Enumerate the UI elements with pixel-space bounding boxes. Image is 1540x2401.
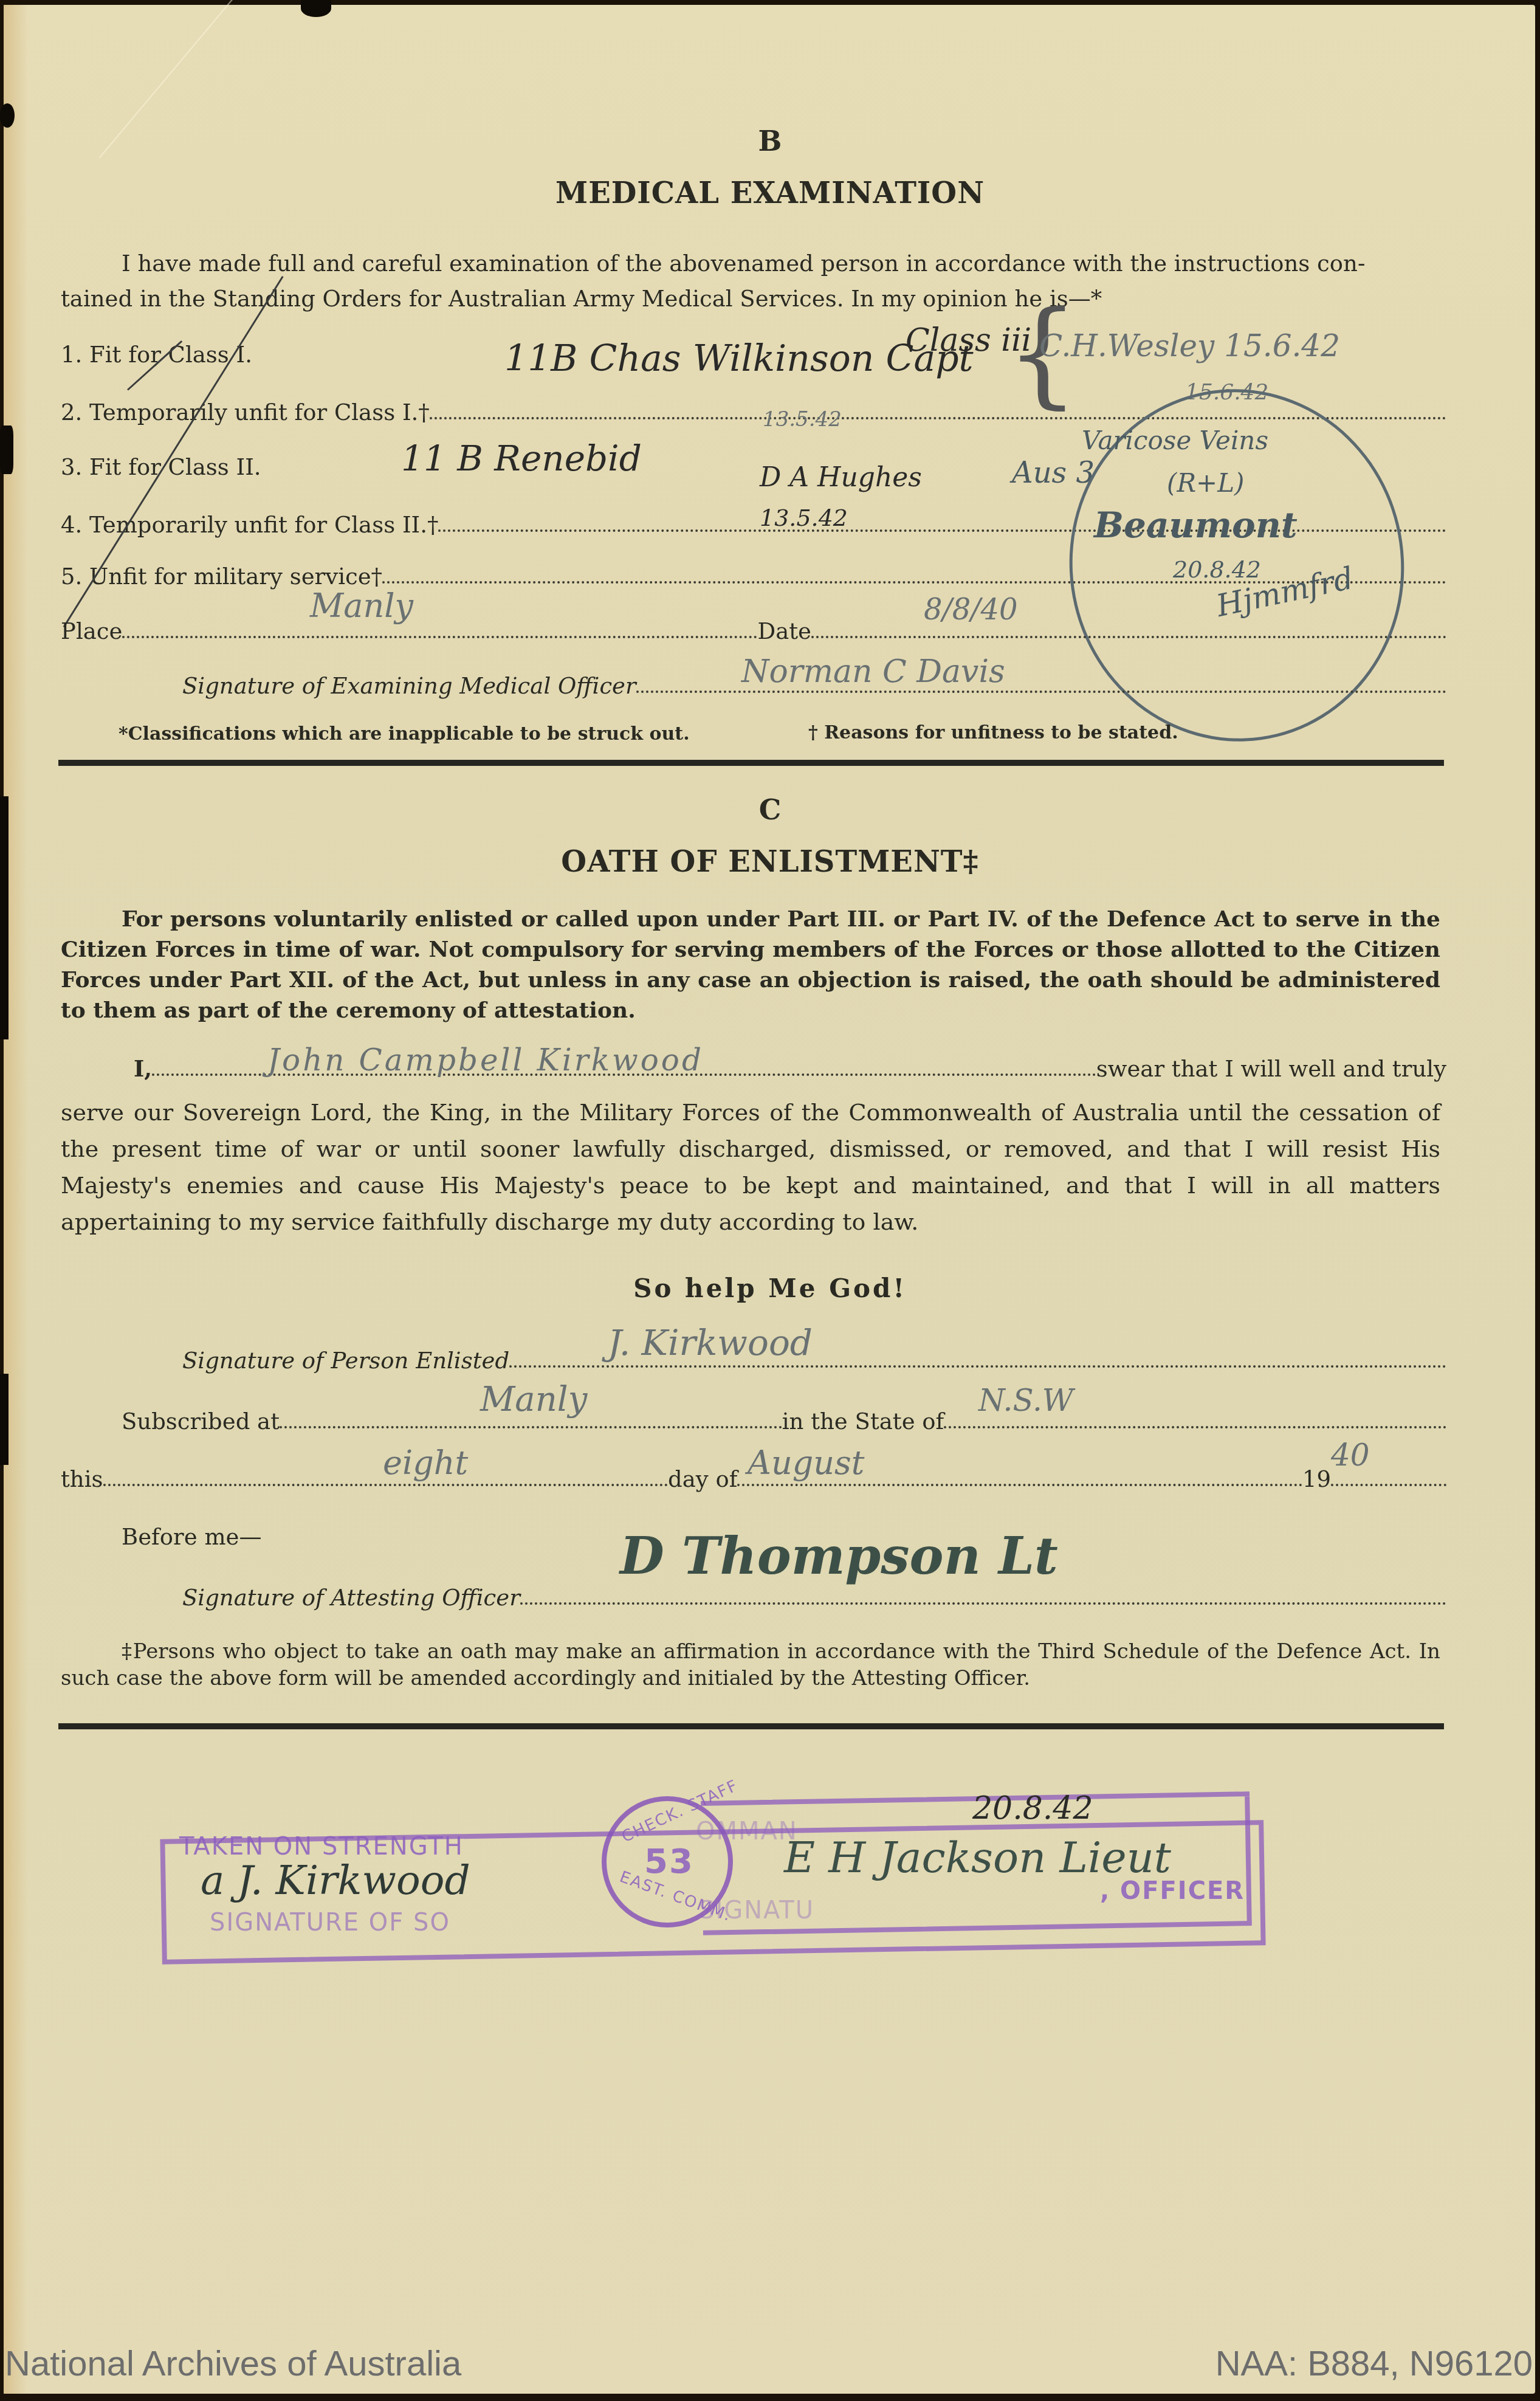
officer-signature: E H Jackson Lieut — [784, 1833, 1171, 1883]
before-me-row: Before me— — [122, 1514, 425, 1550]
stamp-signature-partial: SIGNATU — [699, 1896, 814, 1924]
section-b-title: MEDICAL EXAMINATION — [0, 176, 1540, 210]
class-label: 3. Fit for Class II. — [61, 454, 261, 480]
so-help-me-god: So help Me God! — [0, 1273, 1540, 1303]
medical-intro-line2: tained in the Standing Orders for Austra… — [61, 286, 1102, 312]
handwritten-rl: (R+L) — [1167, 468, 1244, 498]
edge-tear — [0, 425, 13, 474]
section-c-letter: C — [0, 793, 1540, 826]
circle-stamp-number: 53 — [644, 1842, 694, 1881]
dotted-line — [520, 1602, 1446, 1605]
handwritten-date: 13.5.42 — [763, 407, 842, 432]
place-date-row: Place Date — [61, 608, 1446, 644]
footnote-reasons: † Reasons for unfitness to be stated. — [808, 722, 1178, 743]
dotted-line — [1331, 1483, 1446, 1486]
section-c-title: OATH OF ENLISTMENT‡ — [0, 845, 1540, 879]
affirmation-note-text: ‡Persons who object to take an oath may … — [61, 1638, 1440, 1692]
attesting-signature-label: Signature of Attesting Officer — [182, 1585, 520, 1611]
this-label: this — [61, 1466, 103, 1492]
ink-blot — [301, 0, 331, 17]
handwritten-date: 20.8.42 — [1173, 556, 1261, 583]
oath-prefix: I, — [134, 1055, 152, 1082]
affirmation-note: ‡Persons who object to take an oath may … — [61, 1638, 1440, 1692]
handwritten-aus3: Aus 3 — [1012, 456, 1095, 490]
enlistee-name: John Campbell Kirkwood — [267, 1042, 704, 1078]
dotted-line — [103, 1483, 669, 1486]
before-me-label: Before me— — [122, 1524, 261, 1550]
enlisted-signature: J. Kirkwood — [608, 1322, 813, 1363]
dotted-line — [122, 635, 757, 638]
oath-instructions: For persons voluntarily enlisted or call… — [61, 904, 1440, 1025]
dotted-line — [811, 635, 1446, 638]
section-divider — [58, 1723, 1444, 1729]
medical-intro: I have made full and careful examination… — [61, 246, 1440, 317]
medical-officer-signature: Norman C Davis — [741, 653, 1005, 690]
enlisted-signature-row: Signature of Person Enlisted — [182, 1337, 1446, 1374]
dotted-line — [509, 1365, 1446, 1368]
day-of-label: day of — [668, 1466, 737, 1492]
handwritten-varicose: Varicose Veins — [1082, 425, 1268, 455]
attesting-officer-signature: D Thompson Lt — [620, 1526, 1058, 1586]
stamp-commanding-partial: OMMAN — [696, 1817, 798, 1845]
year-prefix: 19 — [1302, 1466, 1331, 1492]
handwritten-wesley: C.H.Wesley 15.6.42 — [1039, 328, 1340, 363]
handwritten-signature: Beaumont — [1094, 505, 1298, 546]
archive-name: National Archives of Australia — [5, 2343, 461, 2384]
soldier-signature: a J. Kirkwood — [201, 1857, 470, 1904]
medical-intro-line1: I have made full and careful examination… — [61, 246, 1440, 281]
date-value: 8/8/40 — [924, 593, 1018, 627]
oath-instructions-text: For persons voluntarily enlisted or call… — [61, 904, 1440, 1025]
signature-label: Signature of Examining Medical Officer — [182, 673, 636, 699]
oath-body: serve our Sovereign Lord, the King, in t… — [61, 1094, 1440, 1240]
subscribed-row: Subscribed at in the State of — [122, 1398, 1446, 1435]
subscribed-value: Manly — [480, 1380, 587, 1419]
class-label: 5. Unfit for military service† — [61, 563, 382, 590]
place-value: Manly — [310, 587, 413, 625]
dotted-line — [944, 1425, 1446, 1428]
stamp-signature-of: SIGNATURE OF SO — [210, 1909, 450, 1937]
dotted-line — [737, 1483, 1302, 1486]
handwritten-date: 13.5.42 — [760, 505, 848, 531]
edge-tear — [0, 796, 9, 1039]
state-label: in the State of — [782, 1408, 944, 1435]
handwritten-class-note: 11 B Renebid — [401, 438, 642, 479]
edge-tear — [0, 103, 15, 128]
class-label: 4. Temporarily unfit for Class II.† — [61, 512, 438, 538]
handwritten-class-note: 11B Chas Wilkinson Capt — [504, 337, 974, 380]
place-label: Place — [61, 618, 122, 644]
paper-edge — [4, 5, 28, 2394]
section-b-letter: B — [0, 125, 1540, 157]
footnote-classifications: *Classifications which are inapplicable … — [119, 723, 690, 745]
day-value: eight — [383, 1444, 468, 1482]
section-divider — [58, 760, 1444, 766]
enlisted-signature-label: Signature of Person Enlisted — [182, 1348, 509, 1374]
oath-suffix: swear that I will well and truly — [1096, 1056, 1446, 1082]
date-label: Date — [757, 618, 811, 644]
edge-tear — [0, 1374, 9, 1465]
dotted-line — [280, 1425, 782, 1428]
month-value: August — [748, 1444, 865, 1482]
dotted-line — [636, 690, 1446, 693]
class-label: 2. Temporarily unfit for Class I.† — [61, 399, 430, 425]
year-value: 40 — [1331, 1438, 1370, 1473]
state-value: N.S.W — [978, 1383, 1073, 1418]
archive-reference: NAA: B884, N96120 — [1215, 2343, 1533, 2384]
subscribed-label: Subscribed at — [122, 1408, 280, 1435]
handwritten-officer: D A Hughes — [760, 462, 922, 493]
stamp-date: 20.8.42 — [972, 1790, 1093, 1827]
